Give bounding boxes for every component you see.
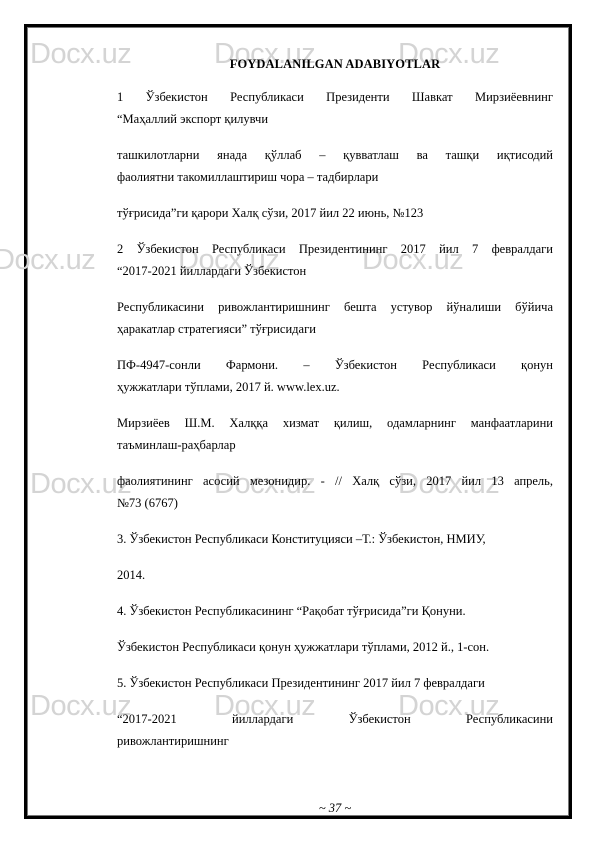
reference-line: “Маҳаллий экспорт қилувчи <box>117 109 553 129</box>
page-number: ~ 37 ~ <box>117 801 553 816</box>
reference-line: ПФ-4947-сонли Фармони. – Ўзбекистон Респ… <box>117 355 553 375</box>
page-title: FOYDALANILGAN ADABIYOTLAR <box>117 57 553 72</box>
reference-line: 2 Ўзбекистон Республикаси Президентининг… <box>117 239 553 259</box>
reference-line: 1 Ўзбекистон Республикаси Президенти Шав… <box>117 87 553 107</box>
reference-line: №73 (6767) <box>117 493 553 513</box>
reference-line: 3. Ўзбекистон Республикаси Конституцияси… <box>117 529 553 549</box>
reference-line: фаолиятни такомиллаштириш чора – тадбирл… <box>117 167 553 187</box>
reference-line: “2017-2021 йиллардаги Ўзбекистон Республ… <box>117 709 553 729</box>
reference-line: ривожлантиришнинг <box>117 731 553 751</box>
reference-line: 2014. <box>117 565 553 585</box>
reference-line: ҳаракатлар стратегияси” тўғрисидаги <box>117 319 553 339</box>
reference-line: фаолиятининг асосий мезонидир. - // Халқ… <box>117 471 553 491</box>
reference-line: “2017-2021 йиллардаги Ўзбекистон <box>117 261 553 281</box>
reference-line: 4. Ўзбекистон Республикасининг “Рақобат … <box>117 601 553 621</box>
reference-line: ҳужжатлари тўплами, 2017 й. www.lex.uz. <box>117 377 553 397</box>
reference-line: 5. Ўзбекистон Республикаси Президентинин… <box>117 673 553 693</box>
reference-line: ташкилотларни янада қўллаб – қувватлаш в… <box>117 145 553 165</box>
reference-line: таъминлаш-раҳбарлар <box>117 435 553 455</box>
reference-line: тўғрисида”ги қарори Халқ сўзи, 2017 йил … <box>117 203 553 223</box>
reference-line: Ўзбекистон Республикаси қонун ҳужжатлари… <box>117 637 553 657</box>
watermark: Docx.uz <box>0 244 95 277</box>
reference-line: Республикасини ривожлантиришнинг бешта у… <box>117 297 553 317</box>
reference-line: Мирзиёев Ш.М. Халққа хизмат қилиш, одамл… <box>117 413 553 433</box>
